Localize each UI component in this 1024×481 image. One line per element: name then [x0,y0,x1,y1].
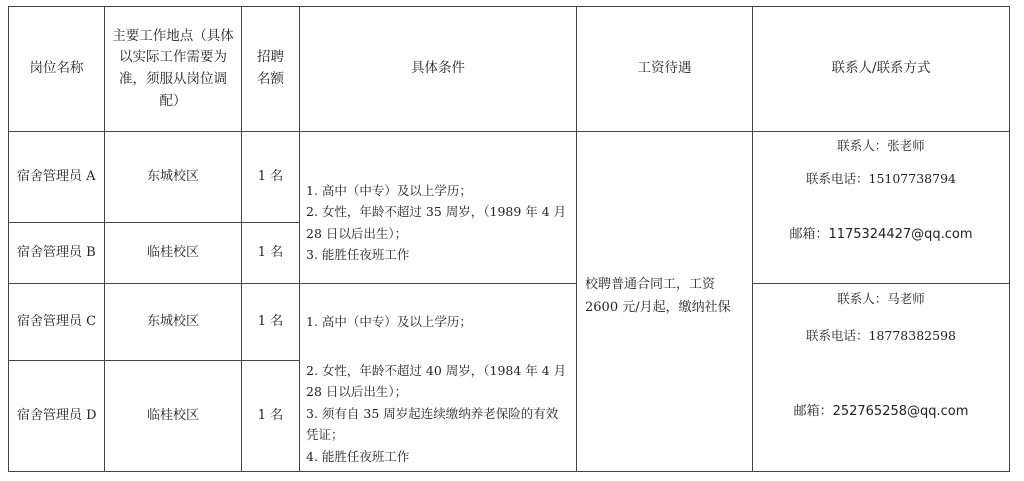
header-quota: 招聘名额 [241,6,300,132]
quota-value: 1 名 [258,167,283,187]
location-name: 临桂校区 [147,406,199,426]
header-contact: 联系人/联系方式 [752,6,1010,132]
row-c-location: 东城校区 [104,283,242,361]
header-position-label: 岗位名称 [30,58,84,80]
condition-item: 3. 须有自 35 周岁起连续缴纳养老保险的有效凭证； [306,403,570,446]
position-name: 宿舍管理员 A [17,167,96,187]
header-location-label: 主要工作地点（具体以实际工作需要为准，须服从岗位调配） [111,26,235,112]
location-name: 东城校区 [147,167,199,187]
contact-phone: 联系电话：18778382598 [806,326,956,345]
condition-item: 3. 能胜任夜班工作 [306,244,570,266]
row-d-position: 宿舍管理员 D [8,360,105,472]
row-a-quota: 1 名 [241,131,300,223]
row-c-quota: 1 名 [241,283,300,361]
position-name: 宿舍管理员 C [17,312,96,332]
salary-cell: 校聘普通合同工，工资 2600 元/月起，缴纳社保 [576,131,753,472]
contact-person: 联系人：马老师 [837,289,925,308]
quota-value: 1 名 [258,406,283,426]
conditions-group-2: 1. 高中（中专）及以上学历； 2. 女性，年龄不超过 40 周岁，（1984 … [299,283,577,472]
quota-value: 1 名 [258,312,283,332]
row-b-quota: 1 名 [241,222,300,284]
conditions-list-1: 1. 高中（中专）及以上学历； 2. 女性，年龄不超过 35 周岁，（1989 … [306,180,570,266]
condition-item: 4. 能胜任夜班工作 [306,446,570,468]
row-c-position: 宿舍管理员 C [8,283,105,361]
contact-group-1: 联系人：张老师 联系电话：15107738794 邮箱：1175324427@q… [752,131,1010,284]
salary-text: 校聘普通合同工，工资 2600 元/月起，缴纳社保 [585,274,744,318]
contact-group-2: 联系人：马老师 联系电话：18778382598 邮箱：252765258@qq… [752,283,1010,472]
contact-email: 邮箱：252765258@qq.com [794,402,969,422]
position-name: 宿舍管理员 B [17,243,96,263]
conditions-group-1: 1. 高中（中专）及以上学历； 2. 女性，年龄不超过 35 周岁，（1989 … [299,131,577,284]
contact-person: 联系人：张老师 [837,136,925,155]
contact-phone: 联系电话：15107738794 [806,169,956,188]
position-name: 宿舍管理员 D [17,406,97,426]
quota-value: 1 名 [258,243,283,263]
header-contact-label: 联系人/联系方式 [831,58,930,80]
condition-item: 1. 高中（中专）及以上学历； [306,311,570,333]
row-b-location: 临桂校区 [104,222,242,284]
header-salary-label: 工资待遇 [638,58,692,80]
condition-item: 1. 高中（中专）及以上学历； [306,180,570,202]
row-d-quota: 1 名 [241,360,300,472]
conditions-list-2: 1. 高中（中专）及以上学历； 2. 女性，年龄不超过 40 周岁，（1984 … [306,311,570,467]
condition-item: 2. 女性，年龄不超过 35 周岁，（1989 年 4 月 28 日以后出生）； [306,201,570,244]
row-d-location: 临桂校区 [104,360,242,472]
row-a-position: 宿舍管理员 A [8,131,105,223]
header-location: 主要工作地点（具体以实际工作需要为准，须服从岗位调配） [104,6,242,132]
header-conditions-label: 具体条件 [411,58,465,80]
row-b-position: 宿舍管理员 B [8,222,105,284]
location-name: 东城校区 [147,312,199,332]
condition-item: 2. 女性，年龄不超过 40 周岁，（1984 年 4 月 28 日以后出生）； [306,360,570,403]
location-name: 临桂校区 [147,243,199,263]
header-quota-label: 招聘名额 [252,47,289,90]
header-salary: 工资待遇 [576,6,753,132]
contact-email: 邮箱：1175324427@qq.com [789,225,972,245]
header-position: 岗位名称 [8,6,105,132]
header-conditions: 具体条件 [299,6,577,132]
row-a-location: 东城校区 [104,131,242,223]
